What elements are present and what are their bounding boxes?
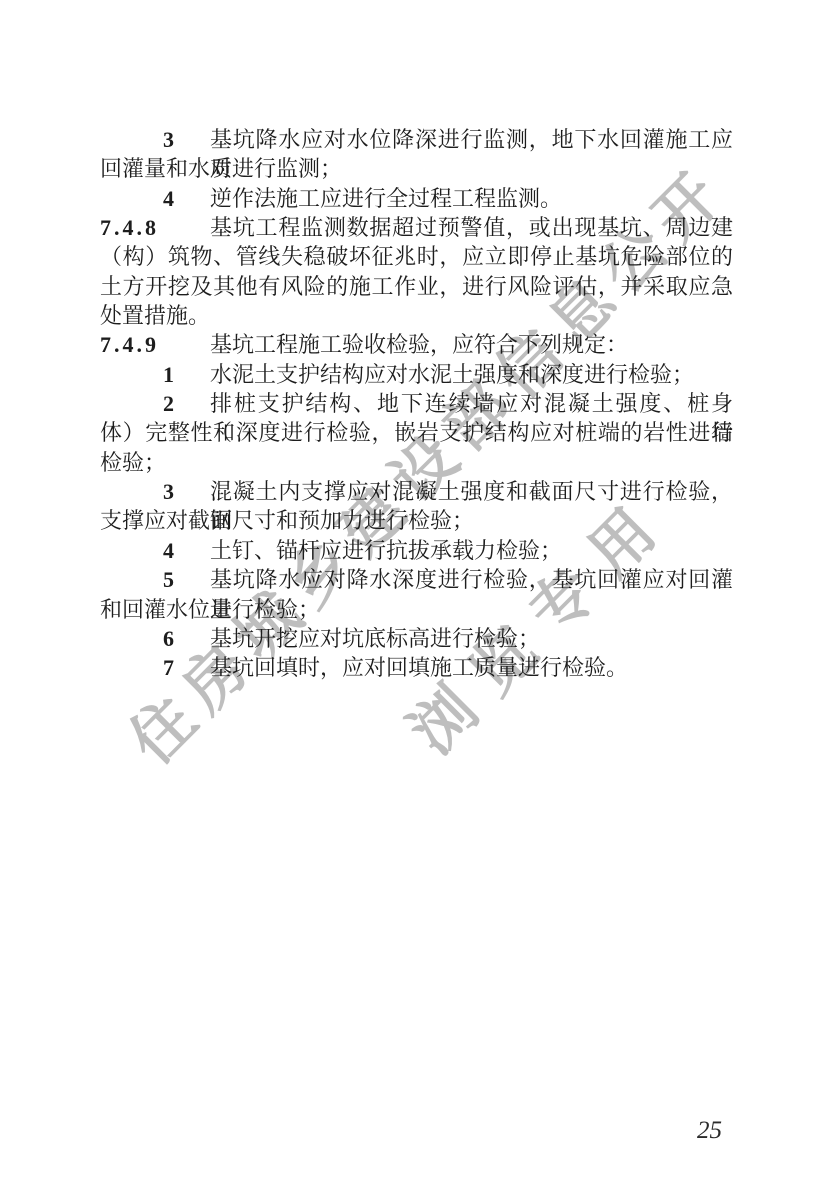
line-text: 基坑降水应对水位降深进行监测，地下水回灌施工应对	[210, 125, 733, 154]
text-line: 体）完整性和深度进行检验，嵌岩支护结构应对桩端的岩性进行	[100, 418, 733, 447]
text-line: 回灌量和水质进行监测；	[100, 154, 733, 183]
line-text: 混凝土内支撑应对混凝土强度和截面尺寸进行检验，钢	[210, 477, 733, 506]
line-text: 回灌量和水质进行监测；	[100, 154, 733, 183]
line-text: 处置措施。	[100, 301, 733, 330]
line-number-label: 6	[163, 624, 210, 653]
line-text: 基坑工程施工验收检验，应符合下列规定：	[210, 330, 733, 359]
text-line: 4 逆作法施工应进行全过程工程监测。	[100, 184, 733, 213]
text-line: 支撑应对截面尺寸和预加力进行检验；	[100, 506, 733, 535]
line-text: 检验；	[100, 448, 733, 477]
line-text: 和回灌水位进行检验；	[100, 595, 733, 624]
line-text: 基坑降水应对降水深度进行检验，基坑回灌应对回灌量	[210, 565, 733, 594]
line-number-label: 7.4.8	[100, 213, 210, 242]
line-text: （构）筑物、管线失稳破坏征兆时，应立即停止基坑危险部位的	[100, 242, 733, 271]
text-line: 6 基坑开挖应对坑底标高进行检验；	[100, 624, 733, 653]
line-text: 土方开挖及其他有风险的施工作业，进行风险评估，并采取应急	[100, 272, 733, 301]
page-number: 25	[620, 1117, 722, 1145]
text-line: 7 基坑回填时，应对回填施工质量进行检验。	[100, 653, 733, 682]
line-number-label: 1	[163, 360, 210, 389]
line-number-label: 3	[163, 125, 210, 154]
text-line: 4 土钉、锚杆应进行抗拔承载力检验；	[100, 536, 733, 565]
line-text: 支撑应对截面尺寸和预加力进行检验；	[100, 506, 733, 535]
document-page: 住房城乡建设部信息公开 浏览专用 3 基坑降水应对水位降深进行监测，地下水回灌施…	[0, 0, 828, 1198]
line-text: 逆作法施工应进行全过程工程监测。	[210, 184, 733, 213]
text-line: 3 基坑降水应对水位降深进行监测，地下水回灌施工应对	[100, 125, 733, 154]
line-number-label: 7.4.9	[100, 330, 210, 359]
line-number-label: 7	[163, 653, 210, 682]
text-line: 检验；	[100, 448, 733, 477]
line-text: 基坑回填时，应对回填施工质量进行检验。	[210, 653, 733, 682]
line-text: 基坑开挖应对坑底标高进行检验；	[210, 624, 733, 653]
line-number-label: 2	[163, 389, 210, 418]
text-line: 7.4.9 基坑工程施工验收检验，应符合下列规定：	[100, 330, 733, 359]
text-line: 7.4.8 基坑工程监测数据超过预警值，或出现基坑、周边建	[100, 213, 733, 242]
document-body: 3 基坑降水应对水位降深进行监测，地下水回灌施工应对 回灌量和水质进行监测； 4…	[100, 125, 733, 683]
line-number-label: 3	[163, 477, 210, 506]
text-line: 2 排桩支护结构、地下连续墙应对混凝土强度、桩身（墙	[100, 389, 733, 418]
line-number-label: 4	[163, 536, 210, 565]
line-text: 土钉、锚杆应进行抗拔承载力检验；	[210, 536, 733, 565]
line-number-label: 4	[163, 184, 210, 213]
line-number-label: 5	[163, 565, 210, 594]
text-line: （构）筑物、管线失稳破坏征兆时，应立即停止基坑危险部位的	[100, 242, 733, 271]
text-line: 土方开挖及其他有风险的施工作业，进行风险评估，并采取应急	[100, 272, 733, 301]
line-text: 排桩支护结构、地下连续墙应对混凝土强度、桩身（墙	[210, 389, 733, 418]
text-line: 3 混凝土内支撑应对混凝土强度和截面尺寸进行检验，钢	[100, 477, 733, 506]
line-text: 基坑工程监测数据超过预警值，或出现基坑、周边建	[210, 213, 733, 242]
text-line: 和回灌水位进行检验；	[100, 595, 733, 624]
text-line: 处置措施。	[100, 301, 733, 330]
line-text: 体）完整性和深度进行检验，嵌岩支护结构应对桩端的岩性进行	[100, 418, 733, 447]
line-text: 水泥土支护结构应对水泥土强度和深度进行检验；	[210, 360, 733, 389]
text-line: 5 基坑降水应对降水深度进行检验，基坑回灌应对回灌量	[100, 565, 733, 594]
text-line: 1 水泥土支护结构应对水泥土强度和深度进行检验；	[100, 360, 733, 389]
